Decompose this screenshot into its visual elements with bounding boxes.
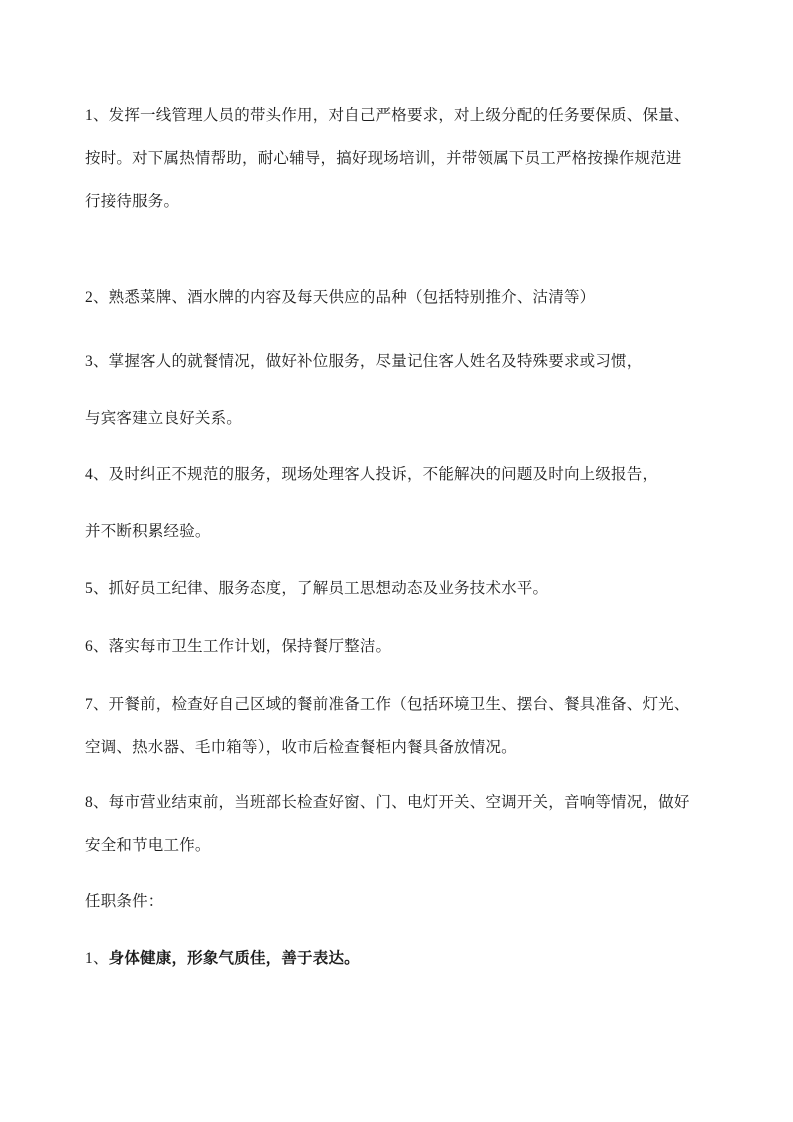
duty-3-line-2: 与宾客建立良好关系。 (85, 408, 242, 429)
duty-4-line-2: 并不断积累经验。 (85, 521, 211, 542)
duty-7-line-2: 空调、热水器、毛巾箱等），收市后检查餐柜内餐具备放情况。 (85, 737, 517, 758)
qualifications-heading: 任职条件： (85, 891, 164, 912)
duty-1-line-3: 行接待服务。 (85, 191, 179, 212)
duty-1-line-1: 1、发挥一线管理人员的带头作用，对自己严格要求，对上级分配的任务要保质、保量、 (85, 105, 690, 126)
qualification-item-1: 1、身体健康，形象气质佳，善于表达。 (85, 948, 360, 969)
duty-4-line-1: 4、及时纠正不规范的服务，现场处理客人投诉，不能解决的问题及时向上级报告， (85, 464, 658, 485)
document-page: 1、发挥一线管理人员的带头作用，对自己严格要求，对上级分配的任务要保质、保量、 … (0, 0, 793, 1122)
duty-5-line-1: 5、抓好员工纪律、服务态度，了解员工思想动态及业务技术水平。 (85, 578, 548, 599)
duty-2-line-1: 2、熟悉菜牌、酒水牌的内容及每天供应的品种（包括特别推介、沽清等） (85, 287, 595, 308)
qualification-item-1-number: 1、 (85, 950, 109, 967)
duty-8-line-1: 8、每市营业结束前，当班部长检查好窗、门、电灯开关、空调开关，音响等情况，做好 (85, 792, 690, 813)
duty-7-line-1: 7、开餐前，检查好自己区域的餐前准备工作（包括环境卫生、摆台、餐具准备、灯光、 (85, 694, 690, 715)
duty-1-line-2: 按时。对下属热情帮助，耐心辅导，搞好现场培训，并带领属下员工严格按操作规范进 (85, 148, 682, 169)
qualification-item-1-text: 身体健康，形象气质佳，善于表达。 (109, 950, 360, 967)
duty-8-line-2: 安全和节电工作。 (85, 835, 211, 856)
duty-3-line-1: 3、掌握客人的就餐情况，做好补位服务，尽量记住客人姓名及特殊要求或习惯， (85, 351, 642, 372)
duty-6-line-1: 6、落实每市卫生工作计划，保持餐厅整洁。 (85, 636, 391, 657)
